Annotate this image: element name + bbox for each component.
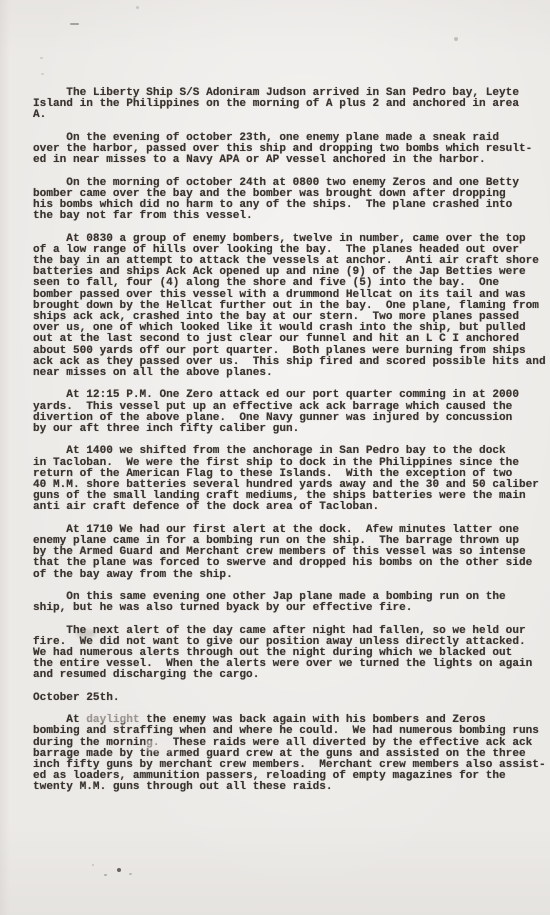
ink-speck xyxy=(454,37,458,41)
paragraph-1400-dock-shift: At 1400 we shifted from the anchorage in… xyxy=(33,446,550,513)
paragraph-evening-bomb-run: On this same evening one other Jap plane… xyxy=(33,592,550,614)
paragraph-arrival: The Liberty Ship S/S Adoniram Judson arr… xyxy=(33,88,550,122)
ink-speck xyxy=(70,23,79,25)
paragraph-oct24-morning: On the morning of october 24th at 0800 t… xyxy=(33,178,550,223)
document-body: The Liberty Ship S/S Adoniram Judson arr… xyxy=(33,88,550,805)
ink-speck xyxy=(136,6,139,9)
ink-speck xyxy=(104,874,107,876)
paragraph-oct25-daylight: At daylight the enemy was back again wit… xyxy=(33,715,550,793)
ink-speck xyxy=(92,864,94,866)
ink-speck xyxy=(41,73,44,75)
paragraph-1215-zero-attack: At 12:15 P.M. One Zero attack ed our por… xyxy=(33,390,550,435)
scanned-document-page: The Liberty Ship S/S Adoniram Judson arr… xyxy=(0,0,550,915)
ink-speck xyxy=(40,57,43,59)
paragraph-0830-bombers: At 0830 a group of enemy bombers, twelve… xyxy=(33,234,550,380)
paragraph-1710-first-alert: At 1710 We had our first alert at the do… xyxy=(33,525,550,581)
ink-speck xyxy=(117,868,121,872)
ink-speck xyxy=(129,873,132,875)
paragraph-oct23-sneak-raid: On the evening of october 23th, one enem… xyxy=(33,133,550,167)
paragraph-night-alerts: The next alert of the day came after nig… xyxy=(33,626,550,682)
date-heading-october-25: October 25th. xyxy=(33,693,550,704)
